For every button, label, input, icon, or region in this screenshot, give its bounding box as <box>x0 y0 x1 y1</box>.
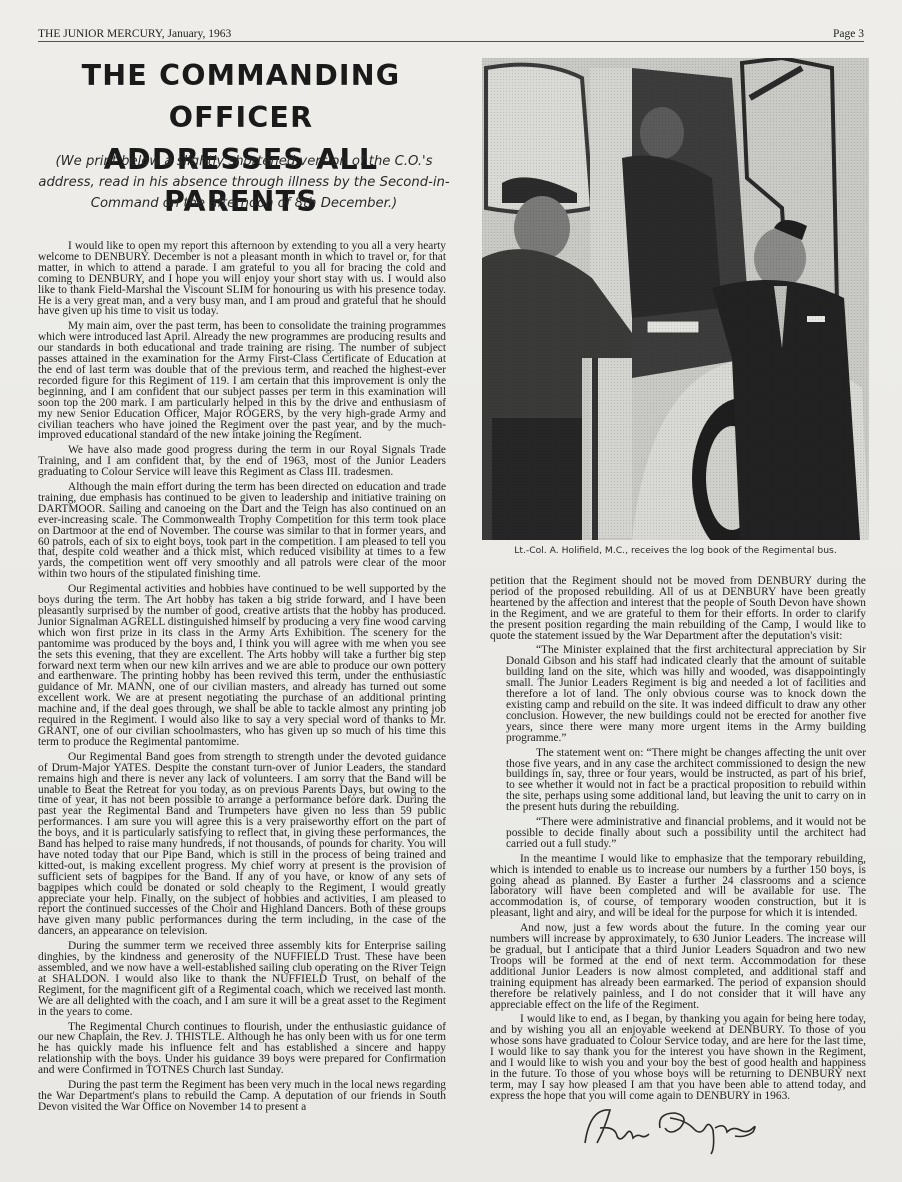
photo-caption: Lt.-Col. A. Holifield, M.C., receives th… <box>482 545 869 556</box>
header-rule <box>38 41 864 42</box>
paragraph: And now, just a few words about the futu… <box>490 923 866 1010</box>
article-subtitle: (We print below a slightly shortened ver… <box>36 151 452 214</box>
paragraph: In the meantime I would like to emphasiz… <box>490 854 866 919</box>
running-header: THE JUNIOR MERCURY, January, 1963 Page 3 <box>38 20 864 40</box>
publication-line: THE JUNIOR MERCURY, January, 1963 <box>38 28 231 40</box>
title-line-1: THE COMMANDING OFFICER <box>36 55 446 139</box>
photo-image <box>482 58 869 540</box>
paragraph: I would like to open my report this afte… <box>38 241 446 317</box>
newspaper-page: THE JUNIOR MERCURY, January, 1963 Page 3… <box>0 0 902 1182</box>
quoted-paragraph: The statement went on: “There might be c… <box>490 748 866 813</box>
paragraph: petition that the Regiment should not be… <box>490 576 866 641</box>
paragraph: Our Regimental Band goes from strength t… <box>38 752 446 937</box>
page-number: Page 3 <box>833 28 864 40</box>
paragraph: We have also made good progress during t… <box>38 445 446 478</box>
right-column: petition that the Regiment should not be… <box>490 576 866 1106</box>
paragraph: I would like to end, as I began, by than… <box>490 1014 866 1101</box>
paragraph: During the past term the Regiment has be… <box>38 1080 446 1113</box>
quoted-paragraph: “The Minister explained that the first a… <box>490 645 866 743</box>
paragraph: Although the main effort during the term… <box>38 482 446 580</box>
paragraph: Our Regimental activities and hobbies ha… <box>38 584 446 748</box>
paragraph: The Regimental Church continues to flour… <box>38 1022 446 1077</box>
left-column: I would like to open my report this afte… <box>38 241 446 1117</box>
paragraph: My main aim, over the past term, has bee… <box>38 321 446 441</box>
quoted-paragraph: “There were administrative and financial… <box>490 817 866 850</box>
photo-officer-at-bus <box>482 58 869 540</box>
signature: Alan Holifield <box>575 1098 775 1158</box>
paragraph: During the summer term we received three… <box>38 941 446 1017</box>
